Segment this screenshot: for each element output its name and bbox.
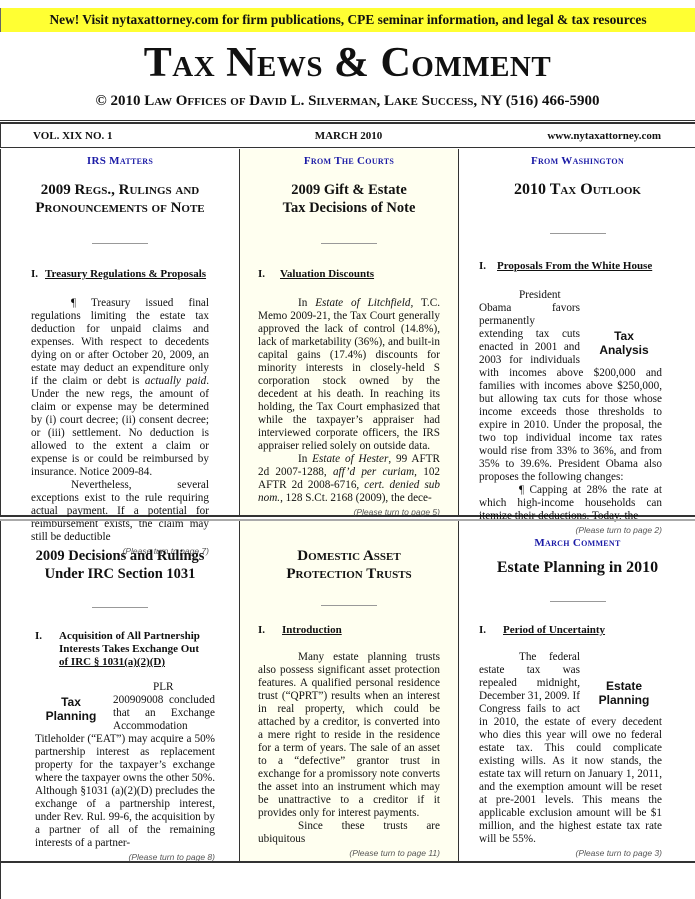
article-asset-protection: Domestic Asset Protection Trusts I. Intr… <box>240 521 459 861</box>
section-title: Proposals From the White House <box>497 260 695 273</box>
article-body: In Estate of Litchfield, T.C. Memo 2009-… <box>240 297 458 505</box>
headline-line: 2009 Regs., Rulings and <box>1 181 239 199</box>
section-number: I. <box>31 268 38 281</box>
continued-link[interactable]: (Please turn to page 11) <box>240 848 458 858</box>
paragraph: TaxPlanning PLR 200909008 concluded that… <box>35 681 215 850</box>
website-link[interactable]: www.nytaxattorney.com <box>547 124 661 148</box>
divider <box>321 605 377 606</box>
section-heading: I. Period of Uncertainty <box>459 624 695 637</box>
paragraph: Many estate planning trusts also possess… <box>258 651 440 820</box>
article-section-1031: 2009 Decisions and Rulings Under IRC Sec… <box>1 521 240 861</box>
articles-row-bottom: 2009 Decisions and Rulings Under IRC Sec… <box>0 521 695 863</box>
section-heading: I. Treasury Regulations & Proposals <box>1 268 239 281</box>
section-title: Period of Uncertainty <box>503 624 695 637</box>
article-irs-matters: IRS Matters 2009 Regs., Rulings and Pron… <box>1 149 240 515</box>
paragraph: ¶ Capping at 28% the rate at which high-… <box>479 484 662 523</box>
paragraph: ¶ Treasury issued final regulations limi… <box>31 297 209 479</box>
article-from-the-courts: From The Courts 2009 Gift & Estate Tax D… <box>240 149 459 515</box>
section-title: Introduction <box>282 624 458 637</box>
headline-line: 2010 Tax Outlook <box>459 181 695 199</box>
article-march-comment: March Comment Estate Planning in 2010 I.… <box>459 521 695 861</box>
article-kicker: From Washington <box>459 155 695 169</box>
article-kicker: IRS Matters <box>1 155 239 169</box>
headline-line: Pronouncements of Note <box>1 199 239 217</box>
headline-line: Under IRC Section 1031 <box>1 565 239 583</box>
article-from-washington: From Washington 2010 Tax Outlook I. Prop… <box>459 149 695 515</box>
article-body: TaxPlanning PLR 200909008 concluded that… <box>1 681 239 850</box>
article-headline: 2009 Regs., Rulings and Pronouncements o… <box>1 181 239 217</box>
section-number: I. <box>479 624 486 637</box>
paragraph: TaxAnalysis President Obama favors perma… <box>479 289 662 484</box>
headline-line: Protection Trusts <box>240 565 458 583</box>
headline-line: Estate Planning in 2010 <box>459 559 695 577</box>
divider <box>92 243 148 244</box>
headline-line: 2009 Decisions and Rulings <box>1 547 239 565</box>
copyright-line: © 2010 Law Offices of David L. Silverman… <box>0 92 695 110</box>
continued-link[interactable]: (Please turn to page 5) <box>240 507 458 517</box>
section-number: I. <box>479 260 486 273</box>
continued-link[interactable]: (Please turn to page 3) <box>459 848 695 858</box>
section-heading: I. Acquisition of All Partnership Intere… <box>1 630 239 669</box>
section-number: I. <box>35 630 42 643</box>
divider <box>92 607 148 608</box>
page-bottom <box>0 863 695 899</box>
newsletter-title: Tax News & Comment <box>0 40 695 86</box>
article-kicker: From The Courts <box>240 155 458 169</box>
headline-line: 2009 Gift & Estate <box>240 181 458 199</box>
headline-line: Tax Decisions of Note <box>240 199 458 217</box>
section-title: Acquisition of All Partnership <box>59 630 239 643</box>
paragraph: EstatePlanning The federal estate tax wa… <box>479 651 662 846</box>
section-heading: I. Valuation Discounts <box>240 268 458 281</box>
article-body: ¶ Treasury issued final regulations limi… <box>1 297 239 544</box>
paragraph: Since these trusts are ubiquitous <box>258 820 440 846</box>
article-body: Many estate planning trusts also possess… <box>240 651 458 846</box>
estate-planning-label: EstatePlanning <box>586 679 662 707</box>
article-kicker: March Comment <box>459 537 695 551</box>
articles-row-top: IRS Matters 2009 Regs., Rulings and Pron… <box>0 149 695 517</box>
tax-planning-label: TaxPlanning <box>35 695 107 723</box>
section-title: Interests Takes Exchange Out <box>59 643 239 656</box>
tax-analysis-label: TaxAnalysis <box>586 329 662 357</box>
article-headline: Estate Planning in 2010 <box>459 559 695 577</box>
issue-bar: MARCH 2010 VOL. XIX NO. 1 www.nytaxattor… <box>0 124 695 148</box>
divider <box>550 233 606 234</box>
section-number: I. <box>258 624 265 637</box>
section-title: of IRC § 1031(a)(2)(D) <box>59 656 239 669</box>
paragraph: In Estate of Hester, 99 AFTR 2d 2007-128… <box>258 453 440 505</box>
article-headline: 2009 Gift & Estate Tax Decisions of Note <box>240 181 458 217</box>
article-body: TaxAnalysis President Obama favors perma… <box>459 289 695 523</box>
section-title: Treasury Regulations & Proposals <box>45 268 239 281</box>
section-title: Valuation Discounts <box>280 268 458 281</box>
section-heading: I. Proposals From the White House <box>459 260 695 273</box>
divider <box>550 601 606 602</box>
promo-banner[interactable]: New! Visit nytaxattorney.com for firm pu… <box>0 8 695 32</box>
divider <box>321 243 377 244</box>
issue-volume: VOL. XIX NO. 1 <box>33 124 113 148</box>
section-heading: I. Introduction <box>240 624 458 637</box>
continued-link[interactable]: (Please turn to page 8) <box>1 852 239 862</box>
article-headline: 2009 Decisions and Rulings Under IRC Sec… <box>1 547 239 583</box>
article-body: EstatePlanning The federal estate tax wa… <box>459 651 695 846</box>
article-headline: Domestic Asset Protection Trusts <box>240 547 458 583</box>
section-number: I. <box>258 268 265 281</box>
paragraph: In Estate of Litchfield, T.C. Memo 2009-… <box>258 297 440 453</box>
headline-line: Domestic Asset <box>240 547 458 565</box>
article-headline: 2010 Tax Outlook <box>459 181 695 199</box>
